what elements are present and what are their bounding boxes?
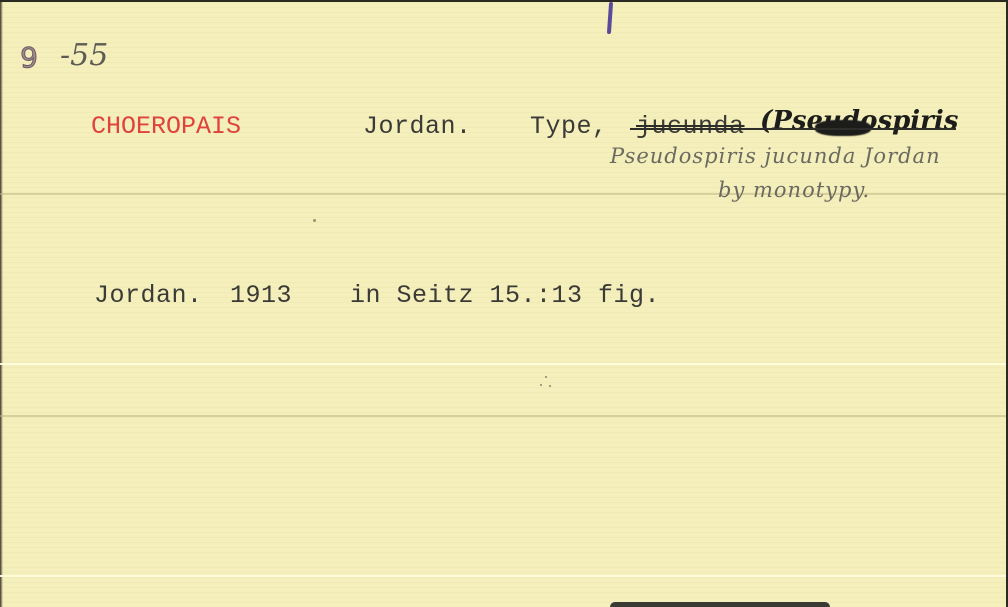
genus-author: Jordan. xyxy=(363,112,472,141)
ruled-line xyxy=(0,363,1006,365)
citation-author: Jordan. xyxy=(94,281,203,310)
strikethrough-line xyxy=(630,128,956,130)
card-edge-shadow xyxy=(0,2,3,607)
ruled-line xyxy=(0,415,1006,417)
genus-name: CHOEROPAIS xyxy=(91,112,241,141)
index-card: 9 -55 CHOEROPAIS Jordan. Type, jucunda (… xyxy=(0,2,1006,607)
pen-mark xyxy=(607,2,613,34)
type-label: Type, xyxy=(530,112,608,141)
speck xyxy=(549,385,551,387)
speck xyxy=(313,219,316,222)
type-species-struck: jucunda xyxy=(636,112,745,141)
bottom-smudge xyxy=(610,602,830,607)
handwritten-number-suffix: -55 xyxy=(60,38,108,73)
annotation-line-1: Pseudospiris jucunda Jordan xyxy=(610,144,941,168)
speck xyxy=(545,376,547,378)
annotation-line-2: by monotypy. xyxy=(718,178,870,202)
handwritten-circled-digit: 9 xyxy=(15,42,43,74)
speck xyxy=(540,384,542,386)
ruled-line xyxy=(0,575,1006,577)
citation-year: 1913 xyxy=(230,281,292,310)
citation-reference: in Seitz 15.:13 fig. xyxy=(350,281,660,310)
